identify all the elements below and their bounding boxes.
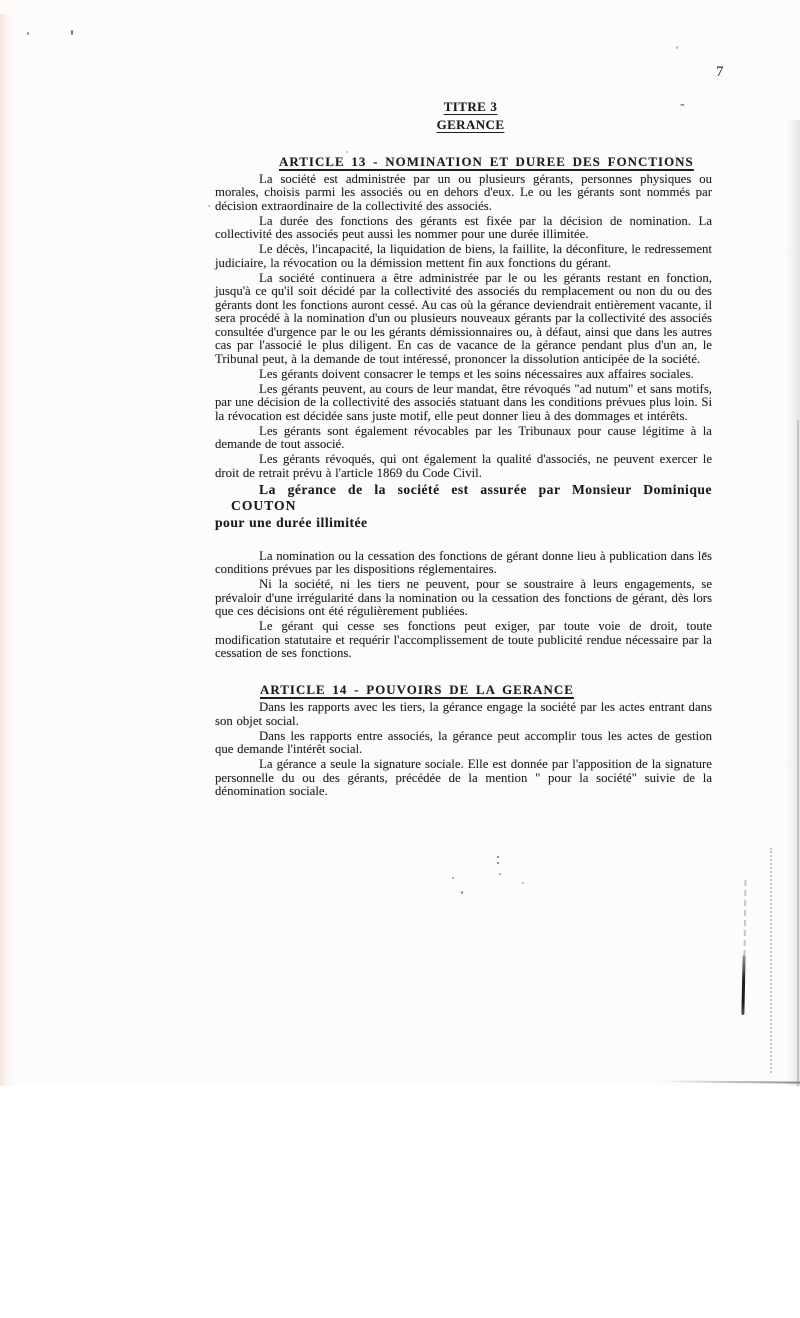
title-titre-3: TITRE 3 <box>229 98 712 116</box>
page-left-edge <box>0 14 15 1086</box>
page-right-edge-line <box>797 420 799 1086</box>
scan-streak-faint <box>743 880 746 956</box>
paragraph: La nomination ou la cessation des foncti… <box>215 550 712 577</box>
document-content: TITRE 3 GERANCE ARTICLE 13 - NOMINATION … <box>215 98 712 799</box>
manager-name: COUTON <box>215 498 712 513</box>
scan-speck <box>71 30 73 35</box>
paragraph: Les gérants sont également révocables pa… <box>215 425 712 452</box>
scan-dash-mark: - <box>680 98 694 112</box>
scan-speck <box>27 32 30 36</box>
paragraph: La société est administrée par un ou plu… <box>215 173 712 214</box>
paragraph: La société continuera a être administrée… <box>215 272 712 367</box>
paragraph: Le décès, l'incapacité, la liquidation d… <box>215 243 712 270</box>
paragraph: Le gérant qui cesse ses fonctions peut e… <box>215 620 712 661</box>
paragraph: Les gérants doivent consacrer le temps e… <box>215 368 712 382</box>
scanned-page: 7 TITRE 3 GERANCE ARTICLE 13 - NOMINATIO… <box>0 0 800 1086</box>
paragraph: Dans les rapports avec les tiers, la gér… <box>215 701 712 728</box>
paragraph: Les gérants peuvent, au cours de leur ma… <box>215 383 712 424</box>
scan-speck <box>676 46 678 49</box>
scan-speck <box>522 882 524 884</box>
scan-streak-dotted <box>770 848 772 1073</box>
paragraph: Les gérants révoqués, qui ont également … <box>215 453 712 480</box>
paragraph: La gérance a seule la signature sociale.… <box>215 758 712 799</box>
scan-speck <box>460 891 463 895</box>
scan-speck <box>346 151 348 153</box>
duration-declaration: pour une durée illimitée <box>215 515 712 530</box>
scan-dash-mark: - <box>701 544 717 560</box>
paragraph: La durée des fonctions des gérants est f… <box>215 215 712 242</box>
scan-speck <box>208 205 210 207</box>
scan-speck <box>452 877 454 879</box>
paragraph: Ni la société, ni les tiers ne peuvent, … <box>215 578 712 619</box>
document-title: TITRE 3 GERANCE <box>229 98 712 134</box>
paragraph: Dans les rapports entre associés, la gér… <box>215 730 712 757</box>
scan-speck <box>497 856 499 858</box>
manager-declaration-line: La gérance de la société est assurée par… <box>215 482 712 497</box>
article-13-heading: ARTICLE 13 - NOMINATION ET DUREE DES FON… <box>215 156 712 170</box>
title-gerance: GERANCE <box>229 116 712 134</box>
page-bottom-edge <box>658 1080 800 1083</box>
article-14-heading: ARTICLE 14 - POUVOIRS DE LA GERANCE <box>215 684 712 698</box>
page-number: 7 <box>716 64 724 81</box>
scan-streak-dark <box>741 955 745 1015</box>
